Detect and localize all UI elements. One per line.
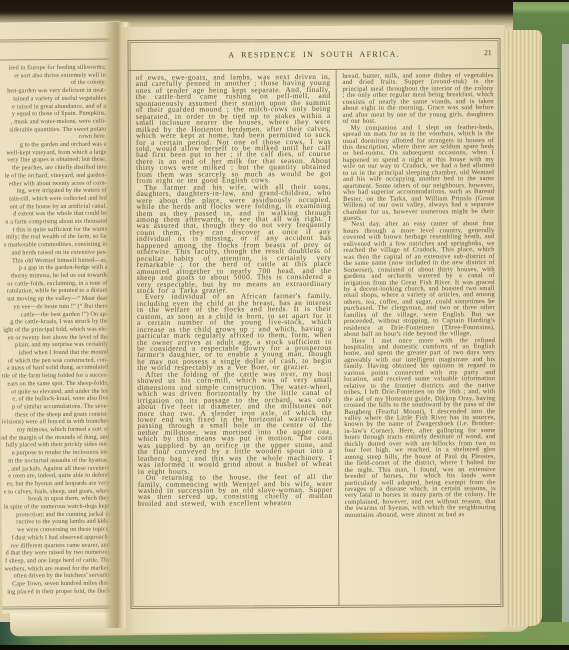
- right-page: A RESIDENCE IN SOUTH AFRICA. 21 of ewes,…: [122, 25, 507, 633]
- book-photo: ised in Europe for feeding silkworms;er …: [0, 0, 569, 650]
- paragraph: My companion and I slept on feather-beds…: [343, 125, 495, 223]
- text-column-right: bread, butter, milk, and some dishes of …: [336, 69, 502, 606]
- paragraph: On returning to the house, the feet of a…: [138, 474, 333, 507]
- text-columns: of ewes, ewe-goats, and lambs, was next …: [129, 69, 503, 607]
- page-edges-right: [502, 30, 542, 626]
- paragraph: After the folding of the cattle was over…: [137, 371, 332, 475]
- paragraph: The farmer and his wife, with all their …: [136, 184, 331, 295]
- text-line: ing placed in their proper fold, the flo…: [0, 587, 110, 597]
- book-cover-edge: [562, 44, 569, 636]
- left-page-text: ised in Europe for feeding silkworms;er …: [0, 64, 110, 598]
- text-column-left: of ewes, ewe-goats, and lambs, was next …: [129, 70, 339, 607]
- page-frame: A RESIDENCE IN SOUTH AFRICA. 21 of ewes,…: [127, 38, 503, 609]
- background-shadow-bottom: [0, 645, 569, 650]
- paragraph: Every individual of an African farmer's …: [137, 293, 332, 371]
- page-number: 21: [484, 48, 492, 57]
- header-title: A RESIDENCE IN SOUTH AFRICA.: [129, 49, 500, 60]
- paragraph: Here I met once more with the refined ho…: [344, 338, 496, 519]
- paragraph: bread, butter, milk, and some dishes of …: [342, 73, 494, 125]
- running-header: A RESIDENCE IN SOUTH AFRICA. 21: [128, 39, 499, 71]
- paragraph: of ewes, ewe-goats, and lambs, was next …: [136, 74, 331, 185]
- left-page-text-clip: ised in Europe for feeding silkworms;er …: [0, 64, 111, 607]
- paragraph: Next day, after an easy canter of about …: [343, 221, 495, 338]
